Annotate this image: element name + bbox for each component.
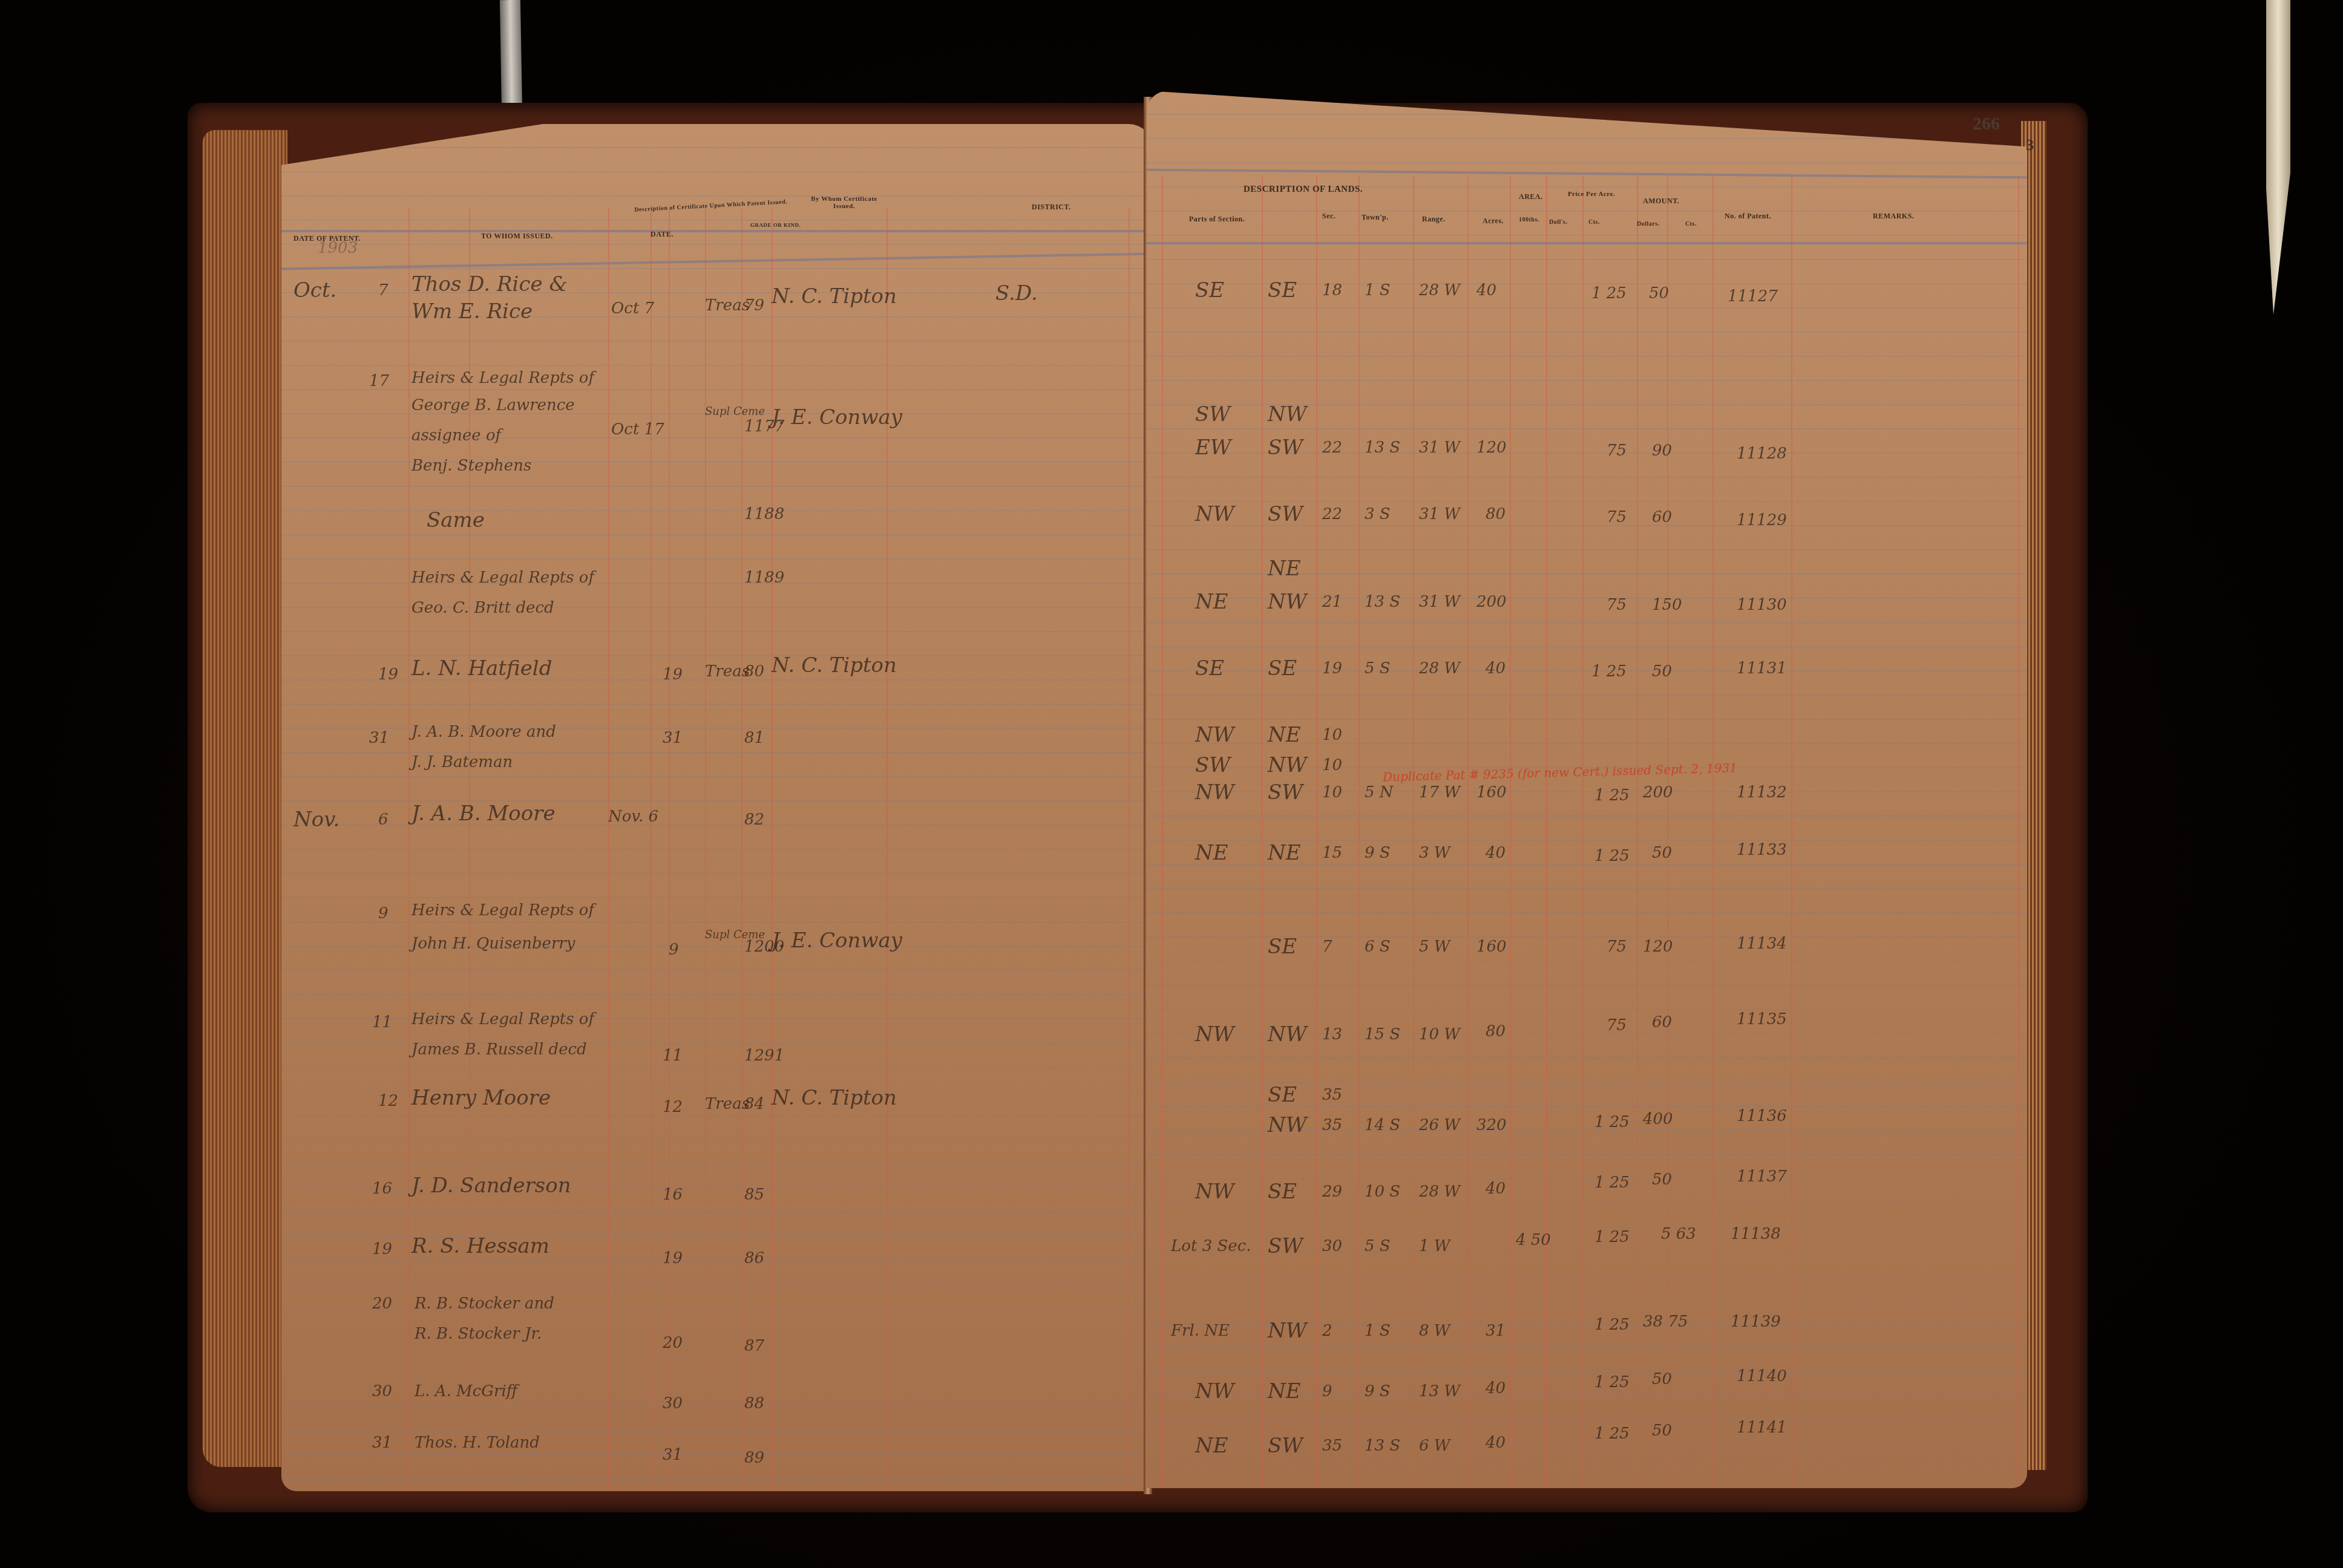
entry-acres: 40 xyxy=(1486,844,1506,862)
entry-sec: 35 xyxy=(1322,1086,1342,1104)
entry-name: Same xyxy=(427,508,485,532)
entry-name: L. A. McGriff xyxy=(415,1382,517,1400)
entry-amount: 50 xyxy=(1652,1370,1672,1388)
entry-price: 1 25 xyxy=(1594,847,1630,865)
entry-cert-no: 89 xyxy=(744,1449,764,1467)
header-cert-date: DATE. xyxy=(650,230,673,239)
header-no-of-patent: No. of Patent. xyxy=(1725,212,1771,221)
header-top-rule xyxy=(281,230,1153,232)
entry-cert-date: 31 xyxy=(663,729,683,747)
entry-cert-date: 19 xyxy=(663,1249,683,1267)
entry-patent-no: 11129 xyxy=(1737,511,1787,529)
header-acres: Acres. xyxy=(1483,217,1504,226)
entry-day: 19 xyxy=(378,665,398,684)
entry-sec: 15 xyxy=(1322,844,1342,862)
column-rule xyxy=(1546,175,1547,1488)
entry-day: 20 xyxy=(372,1295,392,1313)
column-rule xyxy=(1413,175,1414,1488)
entry-cert-no: 85 xyxy=(744,1186,764,1204)
entry-cert-date: 9 xyxy=(669,941,679,959)
column-rule xyxy=(1316,175,1317,1488)
header-hundredths: 100ths. xyxy=(1519,217,1539,223)
entry-patent-no: 11141 xyxy=(1737,1419,1787,1437)
entry-name: Heirs & Legal Repts of xyxy=(411,569,594,587)
entry-range: 28 W xyxy=(1419,659,1460,678)
column-rule xyxy=(1467,175,1469,1488)
entry-range: 5 W xyxy=(1419,938,1450,956)
entry-acres: 160 xyxy=(1476,938,1507,956)
entry-range: 1 W xyxy=(1419,1237,1450,1255)
entry-amount: 200 xyxy=(1643,783,1673,802)
entry-price: 75 xyxy=(1607,938,1627,956)
entry-quarter: NW xyxy=(1268,1319,1307,1343)
entry-grade: Supl Ceme xyxy=(705,405,765,418)
entry-cert-date: 30 xyxy=(663,1394,683,1413)
entry-quarter: SW xyxy=(1268,1434,1303,1458)
entry-patent-no: 11139 xyxy=(1731,1313,1781,1331)
entry-sec: 29 xyxy=(1322,1183,1342,1201)
entry-price: 75 xyxy=(1607,508,1627,526)
entry-cert-date: 20 xyxy=(663,1334,683,1352)
entry-quarter: SW xyxy=(1268,1234,1303,1258)
entry-day: 16 xyxy=(372,1180,392,1198)
header-area: AREA. xyxy=(1519,192,1543,201)
entry-parts: NW xyxy=(1195,1180,1234,1204)
entry-amount: 150 xyxy=(1652,596,1682,614)
entry-range: 28 W xyxy=(1419,1183,1460,1201)
entry-cert-date: 31 xyxy=(663,1446,683,1464)
entry-month: Oct. xyxy=(293,278,336,302)
entry-name: John H. Quisenberry xyxy=(411,935,575,953)
entry-parts: Frl. NE xyxy=(1171,1322,1230,1340)
entry-acres: 40 xyxy=(1476,281,1496,299)
entry-patent-no: 11135 xyxy=(1737,1010,1787,1028)
entry-patent-no: 11140 xyxy=(1737,1367,1787,1385)
entry-acres: 80 xyxy=(1486,505,1506,523)
entry-name: R. B. Stocker and xyxy=(415,1295,554,1313)
entry-cert-no: 84 xyxy=(744,1095,764,1113)
entry-parts: NW xyxy=(1195,780,1234,805)
entry-acres: 320 xyxy=(1476,1116,1507,1134)
entry-sec: 7 xyxy=(1322,938,1332,956)
entry-acres: 31 xyxy=(1486,1322,1506,1340)
entry-name: R. B. Stocker Jr. xyxy=(415,1325,542,1343)
entry-cert-no: 1291 xyxy=(744,1047,784,1065)
entry-name: J. J. Bateman xyxy=(411,753,513,771)
entry-quarter: SE xyxy=(1268,278,1297,302)
entry-range: 13 W xyxy=(1419,1382,1460,1400)
header-cert-grade: GRADE OR KIND. xyxy=(750,222,801,228)
entry-sec: 35 xyxy=(1322,1116,1342,1134)
column-rule xyxy=(1791,175,1792,1488)
column-rule xyxy=(1262,175,1263,1488)
entry-cert-no: 82 xyxy=(744,811,764,829)
entry-townp: 1 S xyxy=(1365,1322,1391,1340)
entry-parts: NE xyxy=(1195,841,1228,865)
entry-townp: 14 S xyxy=(1365,1116,1400,1134)
entry-cert-date: 11 xyxy=(663,1047,683,1065)
entry-parts: NW xyxy=(1195,1379,1234,1403)
entry-name: James B. Russell decd xyxy=(411,1040,587,1059)
header-dolls: Doll's. xyxy=(1549,219,1567,226)
entry-amount: 50 xyxy=(1649,284,1669,302)
entry-townp: 3 S xyxy=(1365,505,1391,523)
entry-day: 31 xyxy=(372,1434,392,1452)
entry-quarter: NW xyxy=(1268,753,1307,777)
column-rule xyxy=(705,209,706,1491)
entry-by-whom: J. E. Conway xyxy=(772,405,902,430)
entry-amount: 50 xyxy=(1652,844,1672,862)
entry-quarter: NW xyxy=(1268,402,1307,426)
entry-townp: 1 S xyxy=(1365,281,1391,299)
entry-by-whom: N. C. Tipton xyxy=(772,653,897,678)
entry-sec: 30 xyxy=(1322,1237,1342,1255)
entry-cert-no: 1189 xyxy=(744,569,784,587)
column-rule xyxy=(608,209,609,1491)
header-range: Range. xyxy=(1422,215,1446,224)
entry-price: 1 25 xyxy=(1594,1113,1630,1131)
column-rule xyxy=(2018,175,2019,1488)
header-parts-of-section: Parts of Section. xyxy=(1189,215,1245,224)
entry-name: assignee of xyxy=(411,426,501,445)
entry-amount: 50 xyxy=(1652,1422,1672,1440)
entry-cert-date: 16 xyxy=(663,1186,683,1204)
entry-patent-no: 11128 xyxy=(1737,445,1787,463)
entry-acres: 160 xyxy=(1476,783,1507,802)
entry-parts: NE xyxy=(1195,1434,1228,1458)
header-dollars: Dollars. xyxy=(1637,221,1660,227)
entry-sec: 21 xyxy=(1322,593,1342,611)
entry-sec: 19 xyxy=(1322,659,1342,678)
entry-day: 31 xyxy=(369,729,389,747)
entry-quarter: SE xyxy=(1268,1083,1297,1107)
header-description-of-lands: DESCRIPTION OF LANDS. xyxy=(1244,185,1363,195)
entry-acres: 200 xyxy=(1476,593,1507,611)
entry-parts: SE xyxy=(1195,278,1224,302)
entry-townp: 13 S xyxy=(1365,593,1400,611)
entry-price: 1 25 xyxy=(1594,786,1630,805)
entry-parts: NW xyxy=(1195,1022,1234,1047)
entry-range: 31 W xyxy=(1419,593,1460,611)
entry-quarter: NW xyxy=(1268,1113,1307,1137)
entry-quarter: SE xyxy=(1268,935,1297,959)
entry-day: 12 xyxy=(378,1092,398,1110)
entry-cert-date: Oct 17 xyxy=(611,420,664,439)
entry-range: 26 W xyxy=(1419,1116,1460,1134)
entry-sec: 13 xyxy=(1322,1025,1342,1044)
entry-amount: 50 xyxy=(1652,1171,1672,1189)
entry-patent-no: 11130 xyxy=(1737,596,1787,614)
entry-cert-no: 81 xyxy=(744,729,764,747)
entry-name: J. A. B. Moore and xyxy=(411,723,556,741)
entry-parts: SE xyxy=(1195,656,1224,681)
entry-quarter: SW xyxy=(1268,780,1303,805)
entry-name: Henry Moore xyxy=(411,1086,551,1110)
column-rule xyxy=(1358,175,1360,1488)
entry-by-whom: N. C. Tipton xyxy=(772,1086,897,1110)
entry-name: Thos. H. Toland xyxy=(415,1434,540,1452)
entry-quarter: SE xyxy=(1268,656,1297,681)
entry-day: 19 xyxy=(372,1240,392,1258)
entry-amount: 120 xyxy=(1643,938,1673,956)
entry-patent-no: 11134 xyxy=(1737,935,1787,953)
header-to-whom-issued: TO WHOM ISSUED. xyxy=(481,232,553,241)
entry-sec: 10 xyxy=(1322,756,1342,774)
entry-townp: 6 S xyxy=(1365,938,1391,956)
entry-amount: 50 xyxy=(1652,662,1672,681)
entry-day: 30 xyxy=(372,1382,392,1400)
entry-cert-no: 1188 xyxy=(744,505,784,523)
entry-patent-no: 11132 xyxy=(1737,783,1787,802)
entry-name: Benj. Stephens xyxy=(411,457,531,475)
entry-name: Heirs & Legal Repts of xyxy=(411,1010,594,1028)
entry-townp: 9 S xyxy=(1365,1382,1391,1400)
entry-quarter: NE xyxy=(1268,1379,1301,1403)
entry-acres: 4 50 xyxy=(1516,1231,1551,1249)
entry-day: 7 xyxy=(378,281,388,299)
entry-by-whom: N. C. Tipton xyxy=(772,284,897,309)
entry-month: Nov. xyxy=(293,808,339,832)
entry-price: 75 xyxy=(1607,1016,1627,1034)
entry-grade: Treas xyxy=(705,1095,750,1113)
right-page: DESCRIPTION OF LANDS. Parts of Section. … xyxy=(1147,91,2027,1488)
column-rule xyxy=(1712,175,1714,1488)
entry-range: 3 W xyxy=(1419,844,1450,862)
column-rule xyxy=(1582,175,1584,1488)
header-bottom-rule xyxy=(1147,242,2027,244)
column-rule xyxy=(650,209,652,1491)
entry-patent-no: 11127 xyxy=(1728,287,1778,305)
entry-amount: 5 63 xyxy=(1661,1225,1696,1243)
entry-day: 9 xyxy=(378,904,388,923)
column-rule xyxy=(1162,175,1163,1488)
entry-patent-no: 11136 xyxy=(1737,1107,1787,1125)
entry-parts: SW xyxy=(1195,402,1230,426)
entry-acres: 40 xyxy=(1486,1379,1506,1397)
entry-patent-no: 11138 xyxy=(1731,1225,1781,1243)
year-label: 1903 xyxy=(318,239,358,257)
entry-quarter: SE xyxy=(1268,1180,1297,1204)
entry-parts: NW xyxy=(1195,502,1234,526)
entry-parts: EW xyxy=(1195,436,1231,460)
entry-townp: 10 S xyxy=(1365,1183,1400,1201)
entry-quarter: SW xyxy=(1268,436,1303,460)
entry-amount: 60 xyxy=(1652,508,1672,526)
entry-acres: 40 xyxy=(1486,659,1506,678)
entry-quarter: NE xyxy=(1268,557,1301,581)
entry-amount: 400 xyxy=(1643,1110,1673,1128)
entry-price: 75 xyxy=(1607,442,1627,460)
header-district: DISTRICT. xyxy=(1032,203,1071,212)
entry-townp: 13 S xyxy=(1365,439,1400,457)
entry-price: 1 25 xyxy=(1591,662,1627,681)
header-sec: Sec. xyxy=(1322,212,1335,221)
entry-acres: 40 xyxy=(1486,1434,1506,1452)
entry-amount: 60 xyxy=(1652,1013,1672,1031)
header-by-whom: By Whom Certificate Issued. xyxy=(802,195,886,210)
entry-grade: Treas xyxy=(705,662,750,681)
entry-district: S.D. xyxy=(995,281,1038,305)
column-rule xyxy=(669,209,670,1491)
entry-townp: 15 S xyxy=(1365,1025,1400,1044)
entry-day: 17 xyxy=(369,372,389,390)
entry-name: Heirs & Legal Repts of xyxy=(411,901,594,920)
entry-price: 75 xyxy=(1607,596,1627,614)
entry-price: 1 25 xyxy=(1594,1316,1630,1334)
entry-name: Heirs & Legal Repts of xyxy=(411,369,594,387)
entry-quarter: NE xyxy=(1268,723,1301,747)
entry-price: 1 25 xyxy=(1591,284,1627,302)
header-township: Town'p. xyxy=(1362,213,1389,222)
entry-name: Geo. C. Britt decd xyxy=(411,599,554,617)
entry-name: Thos D. Rice & xyxy=(411,272,568,296)
entry-name: George B. Lawrence xyxy=(411,396,575,414)
entry-quarter: NE xyxy=(1268,841,1301,865)
entry-acres: 80 xyxy=(1486,1022,1506,1040)
header-cts: Cts. xyxy=(1588,219,1600,226)
entry-cert-date: Oct 7 xyxy=(611,299,654,318)
entry-quarter: NW xyxy=(1268,1022,1307,1047)
entry-name: J. D. Sanderson xyxy=(411,1174,571,1198)
entry-parts: Lot 3 Sec. xyxy=(1171,1237,1251,1255)
entry-parts: NW xyxy=(1195,723,1234,747)
header-price-per-acre: Price Per Acre. xyxy=(1564,191,1619,198)
entry-name: J. A. B. Moore xyxy=(411,802,555,826)
entry-grade: Treas xyxy=(705,296,750,315)
column-rule xyxy=(1510,175,1511,1488)
entry-name: L. N. Hatfield xyxy=(411,656,552,681)
entry-by-whom: J. E. Conway xyxy=(772,929,902,953)
entry-range: 31 W xyxy=(1419,439,1460,457)
column-rule xyxy=(1637,175,1638,1488)
entry-sec: 10 xyxy=(1322,726,1342,744)
entry-sec: 9 xyxy=(1322,1382,1332,1400)
entry-parts: NE xyxy=(1195,590,1228,614)
entry-cert-no: 79 xyxy=(744,296,764,315)
column-rule xyxy=(1667,175,1668,1488)
entry-cert-date: 19 xyxy=(663,665,683,684)
entry-day: 11 xyxy=(372,1013,392,1031)
entry-sec: 10 xyxy=(1322,783,1342,802)
entry-range: 17 W xyxy=(1419,783,1460,802)
left-page-edges xyxy=(203,130,287,1467)
entry-patent-no: 11131 xyxy=(1737,659,1787,678)
entry-sec: 18 xyxy=(1322,281,1342,299)
entry-name: R. S. Hessam xyxy=(411,1234,549,1258)
entry-sec: 22 xyxy=(1322,439,1342,457)
entry-townp: 9 S xyxy=(1365,844,1391,862)
entry-range: 28 W xyxy=(1419,281,1460,299)
entry-acres: 40 xyxy=(1486,1180,1506,1198)
entry-townp: 13 S xyxy=(1365,1437,1400,1455)
column-rule xyxy=(1129,209,1130,1491)
header-amount-cts: Cts. xyxy=(1685,221,1697,227)
entry-cert-no: 86 xyxy=(744,1249,764,1267)
entry-amount: 90 xyxy=(1652,442,1672,460)
entry-townp: 5 S xyxy=(1365,1237,1391,1255)
entry-sec: 35 xyxy=(1322,1437,1342,1455)
entry-quarter: NW xyxy=(1268,590,1307,614)
entry-range: 10 W xyxy=(1419,1025,1460,1044)
entry-townp: 5 S xyxy=(1365,659,1391,678)
entry-range: 31 W xyxy=(1419,505,1460,523)
column-rule xyxy=(772,209,773,1491)
entry-cert-no: 87 xyxy=(744,1337,764,1355)
page-number: 266 xyxy=(1973,114,2000,134)
entry-cert-date: Nov. 6 xyxy=(608,808,658,826)
entry-townp: 5 N xyxy=(1365,783,1394,802)
entry-sec: 22 xyxy=(1322,505,1342,523)
entry-range: 8 W xyxy=(1419,1322,1450,1340)
entry-cert-date: 12 xyxy=(663,1098,683,1116)
entry-quarter: SW xyxy=(1268,502,1303,526)
entry-range: 6 W xyxy=(1419,1437,1450,1455)
column-rule xyxy=(886,209,888,1491)
left-page: DATE OF PATENT. TO WHOM ISSUED. Descript… xyxy=(281,124,1153,1491)
column-rule xyxy=(741,209,742,1491)
entry-parts: SW xyxy=(1195,753,1230,777)
column-rule xyxy=(408,209,410,1491)
entry-cert-no: 80 xyxy=(744,662,764,681)
entry-acres: 120 xyxy=(1476,439,1507,457)
entry-day: 6 xyxy=(378,811,388,829)
entry-price: 1 25 xyxy=(1594,1373,1630,1391)
entry-amount: 38 75 xyxy=(1643,1313,1688,1331)
entry-patent-no: 11133 xyxy=(1737,841,1787,859)
entry-name: Wm E. Rice xyxy=(411,299,532,324)
entry-sec: 2 xyxy=(1322,1322,1332,1340)
entry-price: 1 25 xyxy=(1594,1228,1630,1246)
entry-price: 1 25 xyxy=(1594,1174,1630,1192)
entry-price: 1 25 xyxy=(1594,1425,1630,1443)
header-amount: AMOUNT. xyxy=(1643,197,1679,206)
page-tab-mark: 3 xyxy=(2026,136,2034,154)
entry-patent-no: 11137 xyxy=(1737,1168,1787,1186)
entry-cert-no: 88 xyxy=(744,1394,764,1413)
header-remarks: REMARKS. xyxy=(1873,212,1914,221)
